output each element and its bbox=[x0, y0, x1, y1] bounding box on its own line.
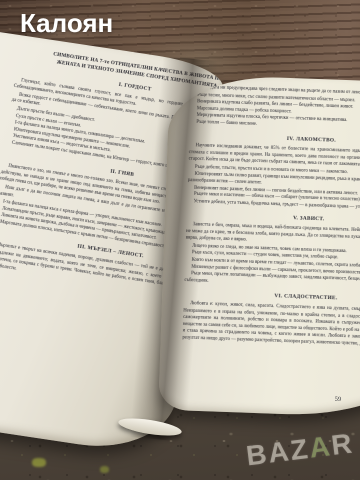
page-number: 59 bbox=[335, 396, 342, 403]
right-page-text: Природата ни предупреждава чрез следните… bbox=[158, 74, 360, 418]
moss-fleck bbox=[32, 458, 46, 467]
watermark-text-part3: R bbox=[330, 428, 356, 461]
sender-name: Калоян bbox=[20, 8, 113, 39]
book-right-page: Природата ни предупреждава чрез следните… bbox=[158, 74, 360, 418]
moss-fleck bbox=[100, 466, 109, 473]
photo-viewer[interactable]: СИМВОЛИТЕ НА 7-те ОТРИЦАТЕЛНИ КАЧЕСТВА В… bbox=[0, 0, 360, 480]
watermark-text-part1: BAZ bbox=[244, 433, 311, 472]
paragraph: Любовта е: купол, живот, сила, красота. … bbox=[182, 300, 360, 350]
